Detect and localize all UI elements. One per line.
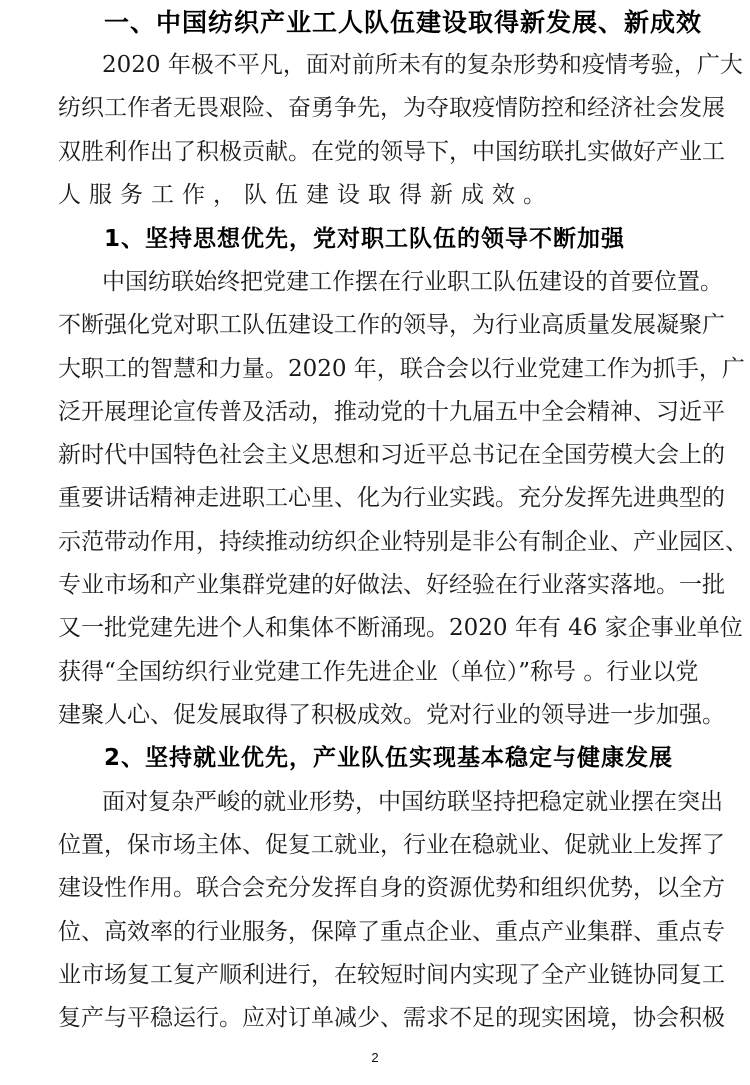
paragraph-2-line-6: 重要讲话精神走进职工心里、化为行业实践。充分发挥先进典型的 [58, 477, 725, 520]
paragraph-3-line-1: 面对复杂严峻的就业形势，中国纺联坚持把稳定就业摆在突出 [102, 781, 723, 824]
paragraph-2-line-3: 大职工的智慧和力量。2020 年，联合会以行业党建工作为抓手，广 [58, 348, 745, 391]
document-page: 一、中国纺织产业工人队伍建设取得新发展、新成效 2020 年极不平凡，面对前所未… [0, 0, 750, 1085]
paragraph-3-line-5: 业市场复工复产顺利进行，在较短时间内实现了全产业链协同复工 [58, 954, 725, 997]
paragraph-2-line-8: 专业市场和产业集群党建的好做法、好经验在行业落实落地。一批 [58, 564, 725, 607]
paragraph-3-line-3: 建设性作用。联合会充分发挥自身的资源优势和组织优势，以全方 [58, 867, 725, 910]
paragraph-1-line-2: 纺织工作者无畏艰险、奋勇争先，为夺取疫情防控和经济社会发展 [58, 87, 697, 130]
page-number: 2 [0, 1050, 750, 1065]
paragraph-2-line-10: 获得“全国纺织行业党建工作先进企业（单位）”称号 。行业以党 [58, 651, 698, 694]
paragraph-3-line-6: 复产与平稳运行。应对订单减少、需求不足的现实困境，协会积极 [58, 997, 725, 1040]
paragraph-2-line-11: 建聚人心、促发展取得了积极成效。党对行业的领导进一步加强。 [58, 694, 725, 737]
paragraph-3-line-2: 位置，保市场主体、促复工就业，行业在稳就业、促就业上发挥了 [58, 824, 725, 867]
paragraph-1-line-4: 人服务工作，队伍建设取得新成效。 [58, 174, 554, 217]
paragraph-2-line-1: 中国纺联始终把党建工作摆在行业职工队伍建设的首要位置。 [102, 261, 723, 304]
paragraph-2-line-2: 不断强化党对职工队伍建设工作的领导，为行业高质量发展凝聚广 [58, 304, 725, 347]
subheading-2: 2、坚持就业优先，产业队伍实现基本稳定与健康发展 [104, 737, 673, 780]
paragraph-2-line-5: 新时代中国特色社会主义思想和习近平总书记在全国劳模大会上的 [58, 434, 725, 477]
paragraph-1-line-1: 2020 年极不平凡，面对前所未有的复杂形势和疫情考验，广大 [102, 44, 697, 87]
paragraph-2-line-9: 又一批党建先进个人和集体不断涌现。2020 年有 46 家企事业单位 [58, 607, 743, 650]
paragraph-1-line-3: 双胜利作出了积极贡献。在党的领导下，中国纺联扎实做好产业工 [58, 131, 697, 174]
paragraph-2-line-4: 泛开展理论宣传普及活动，推动党的十九届五中全会精神、习近平 [58, 391, 725, 434]
subheading-1: 1、坚持思想优先，党对职工队伍的领导不断加强 [104, 218, 625, 261]
paragraph-2-line-7: 示范带动作用，持续推动纺织企业特别是非公有制企业、产业园区、 [58, 521, 748, 564]
section-title: 一、中国纺织产业工人队伍建设取得新发展、新成效 [104, 1, 702, 44]
paragraph-3-line-4: 位、高效率的行业服务，保障了重点企业、重点产业集群、重点专 [58, 911, 725, 954]
